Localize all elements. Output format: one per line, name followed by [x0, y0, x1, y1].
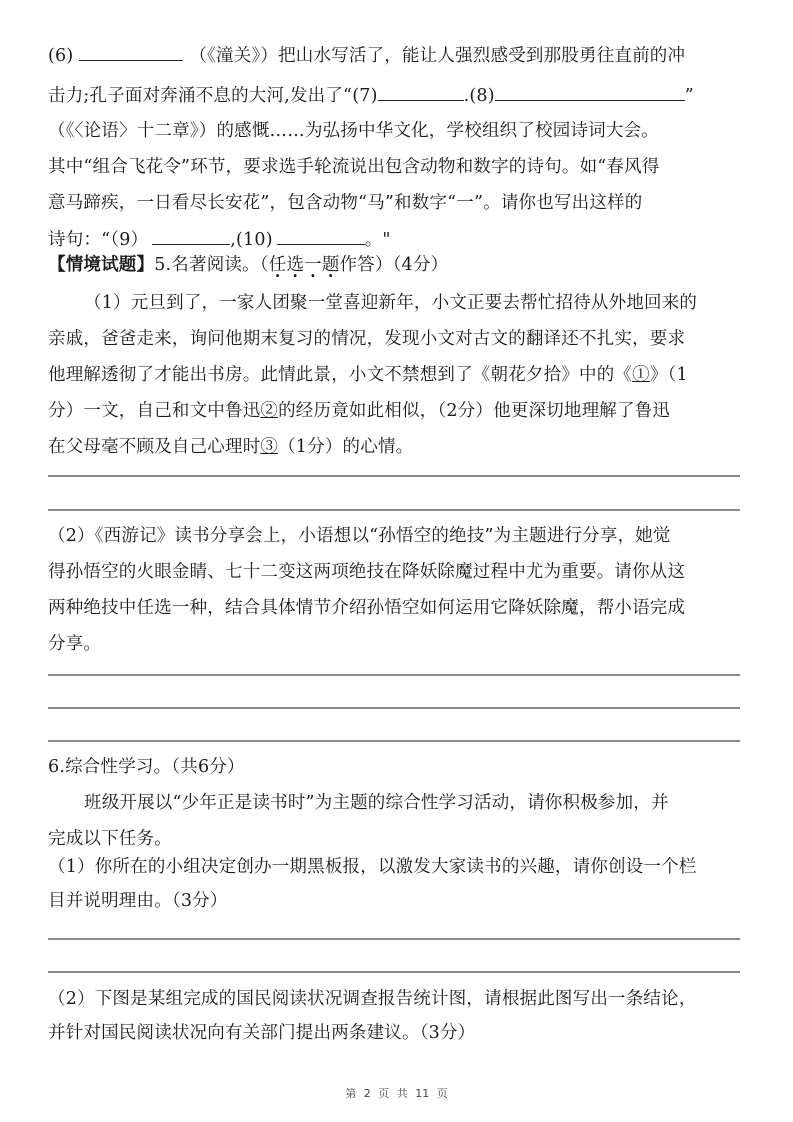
- answer-blank-10[interactable]: [277, 228, 365, 245]
- answer-line[interactable]: [48, 938, 740, 940]
- blank-label-6: (6): [48, 46, 73, 66]
- answer-blank-6[interactable]: [79, 44, 183, 61]
- q6-1-text: （1）你所在的小组决定创办一期黑板报，以激发大家读书的兴趣，请你创设一个栏: [48, 856, 743, 878]
- answer-line[interactable]: [48, 475, 740, 477]
- answer-line[interactable]: [48, 971, 740, 973]
- q6-intro: 班级开展以“少年正是读书时”为主题的综合性学习活动，请你积极参加，并: [48, 792, 743, 814]
- blank-marker-3: ③: [260, 437, 278, 457]
- answer-blank-8[interactable]: [495, 84, 685, 101]
- emphasis-char: 一: [304, 255, 322, 275]
- exam-page: (6)（《潼关》）把山水写活了，能让人强烈感受到那股勇往直前的冲 击力;孔子面对…: [0, 0, 793, 1122]
- answer-line[interactable]: [48, 707, 740, 709]
- q6-2-text: 并针对国民阅读状况向有关部门提出两条建议。（3分）: [48, 1022, 743, 1044]
- answer-line[interactable]: [48, 674, 740, 676]
- q5-1-text: 亲戚，爸爸走来，询问他期末复习的情况，发现小文对古文的翻译还不扎实，要求: [48, 328, 743, 350]
- poem-line-7-8: 击力;孔子面对奔涌不息的大河,发出了“(7).(8)”: [48, 84, 743, 107]
- emphasis-char: 任: [269, 255, 287, 275]
- answer-line[interactable]: [48, 740, 740, 742]
- poem-line-9-10: 诗句：“（9）,(10)。": [48, 228, 743, 251]
- answer-line[interactable]: [48, 509, 740, 511]
- emphasis-char: 题: [322, 255, 340, 275]
- answer-blank-7[interactable]: [378, 84, 464, 101]
- q5-2-text: （2）《西游记》读书分享会上，小语想以“孙悟空的绝技”为主题进行分享，她觉: [48, 525, 743, 547]
- q6-2-text: （2）下图是某组完成的国民阅读状况调查报告统计图，请根据此图写出一条结论，: [48, 988, 743, 1010]
- situation-tag: 【情境试题】: [48, 255, 154, 275]
- q5-1-text: 分）一文，自己和文中鲁迅②的经历竟如此相似，（2分）他更深切地理解了鲁迅: [48, 400, 743, 422]
- page-number: 第 2 页 共 11 页: [0, 1085, 793, 1101]
- emphasis-char: 选: [286, 255, 304, 275]
- q5-1-text: 在父母毫不顾及自己心理时③（1分）的心情。: [48, 436, 743, 458]
- q5-2-text: 两种绝技中任选一种，结合具体情节介绍孙悟空如何运用它降妖除魔，帮小语完成: [48, 597, 743, 619]
- text-line: 意马蹄疾，一日看尽长安花”，包含动物“马”和数字“一”。请你也写出这样的: [48, 192, 743, 214]
- text-line: 其中“组合飞花令”环节，要求选手轮流说出包含动物和数字的诗句。如“春风得: [48, 156, 743, 178]
- q6-1-text: 目并说明理由。（3分）: [48, 890, 743, 912]
- text-line: （《〈论语〉十二章》）的感慨……为弘扬中华文化，学校组织了校园诗词大会。: [48, 120, 743, 142]
- q5-2-text: 得孙悟空的火眼金睛、七十二变这两项绝技在降妖除魔过程中尤为重要。请你从这: [48, 561, 743, 583]
- blank-marker-2: ②: [260, 401, 278, 421]
- poem-line-6: (6)（《潼关》）把山水写活了，能让人强烈感受到那股勇往直前的冲: [48, 44, 743, 67]
- question-5-heading: 【情境试题】5.名著阅读。（任选一题作答）（4分）: [48, 254, 743, 276]
- q5-1-text: （1）元旦到了，一家人团聚一堂喜迎新年，小文正要去帮忙招待从外地回来的: [48, 292, 743, 314]
- answer-blank-9[interactable]: [152, 228, 230, 245]
- q6-intro: 完成以下任务。: [48, 828, 743, 850]
- q5-1-text: 他理解透彻了才能出书房。此情此景，小文不禁想到了《朝花夕拾》中的《①》（1: [48, 364, 743, 386]
- blank-marker-1: ①: [632, 365, 650, 385]
- question-6-heading: 6.综合性学习。（共6分）: [48, 756, 743, 778]
- q5-2-text: 分享。: [48, 633, 743, 655]
